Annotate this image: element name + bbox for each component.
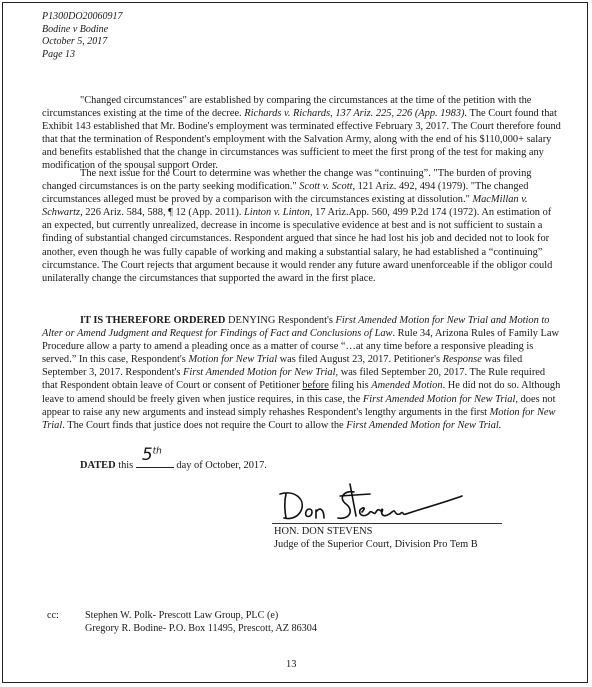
handwritten-day: 5th [142, 445, 162, 465]
paragraph-order: IT IS THEREFORE ORDERED DENYING Responde… [42, 314, 562, 432]
citation: Richards v. Richards, 137 Ariz. 225, 226… [244, 108, 467, 119]
handwritten-signature-icon [274, 480, 474, 524]
order-heading: IT IS THEREFORE ORDERED [80, 315, 225, 326]
cc-recipient: Gregory R. Bodine- P.O. Box 11495, Presc… [85, 622, 317, 635]
case-number: P1300DO20060917 [42, 11, 123, 24]
court-order-page: P1300DO20060917 Bodine v Bodine October … [0, 0, 592, 687]
page-number: 13 [286, 659, 296, 670]
cc-recipients: Stephen W. Polk- Prescott Law Group, PLC… [85, 609, 317, 635]
cc-label: cc: [47, 609, 59, 622]
cc-recipient: Stephen W. Polk- Prescott Law Group, PLC… [85, 609, 317, 622]
case-name: Bodine v Bodine [42, 24, 123, 37]
day-blank: 5th [136, 455, 174, 468]
judge-info: HON. DON STEVENS Judge of the Superior C… [274, 525, 478, 551]
header-page: Page 13 [42, 49, 123, 62]
paragraph-changed-circumstances: "Changed circumstances" are established … [42, 94, 562, 173]
citation: Linton v. Linton, [244, 207, 313, 218]
signature-line [272, 523, 502, 524]
paragraph-continuing: The next issue for the Court to determin… [42, 167, 562, 285]
judge-title: Judge of the Superior Court, Division Pr… [274, 538, 478, 551]
dated-line: DATED this 5th day of October, 2017. [80, 455, 267, 471]
document-header: P1300DO20060917 Bodine v Bodine October … [42, 11, 123, 61]
citation: Scott v. Scott [299, 181, 352, 192]
judge-name: HON. DON STEVENS [274, 525, 478, 538]
header-date: October 5, 2017 [42, 36, 123, 49]
